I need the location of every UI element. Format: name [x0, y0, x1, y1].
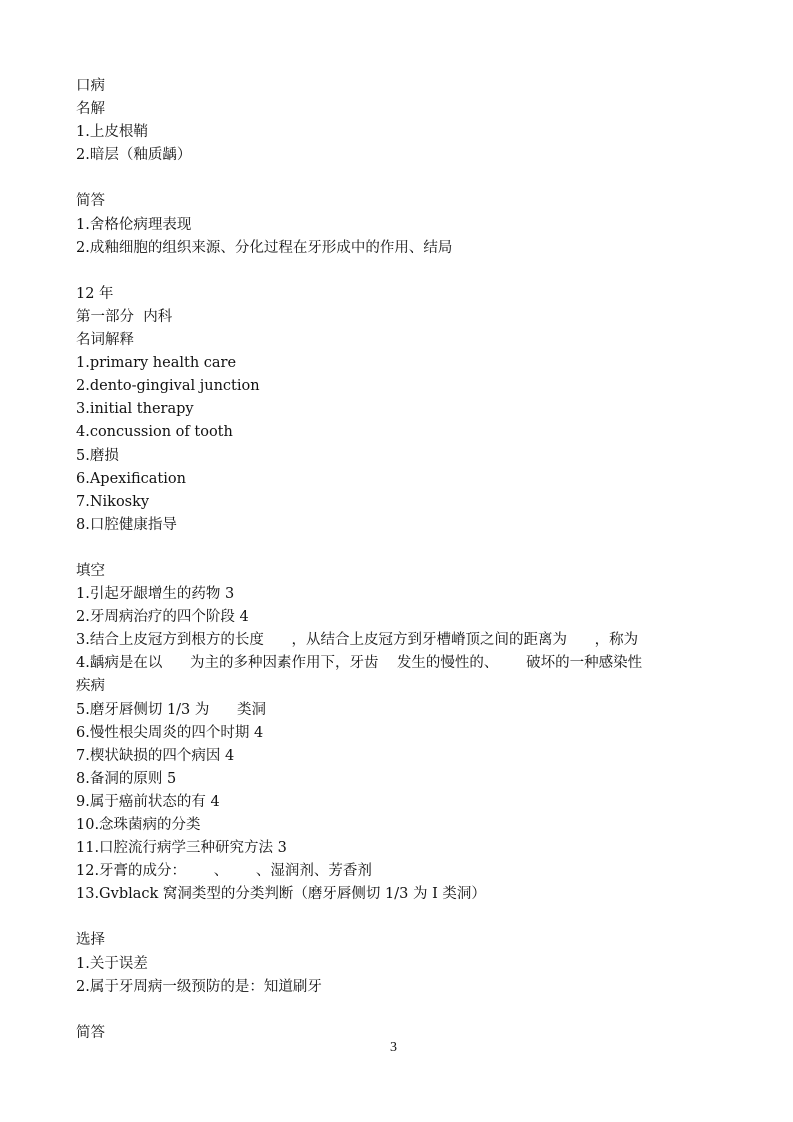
text-line: 2.属于牙周病一级预防的是：知道刷牙 — [76, 976, 726, 999]
text-line: 3.结合上皮冠方到根方的长度 ，从结合上皮冠方到牙槽嵴顶之间的距离为 ，称为 — [76, 629, 726, 652]
text-line: 名词解释 — [76, 329, 726, 352]
text-line: 6.Apexification — [76, 468, 726, 491]
text-line: 填空 — [76, 560, 726, 583]
document-body: 口病名解1.上皮根鞘2.暗层（釉质龋）简答1.舍格伦病理表现2.成釉细胞的组织来… — [76, 75, 726, 1045]
text-line: 7.Nikosky — [76, 491, 726, 514]
text-line: 12.牙膏的成分： 、 、湿润剂、芳香剂 — [76, 860, 726, 883]
blank-line — [76, 537, 726, 560]
text-line: 1.上皮根鞘 — [76, 121, 726, 144]
text-line: 2.成釉细胞的组织来源、分化过程在牙形成中的作用、结局 — [76, 237, 726, 260]
text-line: 9.属于癌前状态的有 4 — [76, 791, 726, 814]
text-line: 口病 — [76, 75, 726, 98]
text-line: 1.舍格伦病理表现 — [76, 214, 726, 237]
blank-line — [76, 167, 726, 190]
text-line: 8.备洞的原则 5 — [76, 768, 726, 791]
text-line: 名解 — [76, 98, 726, 121]
page-number: 3 — [390, 1040, 397, 1056]
text-line: 5.磨损 — [76, 445, 726, 468]
text-line: 6.慢性根尖周炎的四个时期 4 — [76, 722, 726, 745]
text-line: 7.楔状缺损的四个病因 4 — [76, 745, 726, 768]
text-line: 11.口腔流行病学三种研究方法 3 — [76, 837, 726, 860]
text-line: 1.引起牙龈增生的药物 3 — [76, 583, 726, 606]
text-line: 1.关于误差 — [76, 953, 726, 976]
text-line: 2.牙周病治疗的四个阶段 4 — [76, 606, 726, 629]
blank-line — [76, 906, 726, 929]
text-line: 4.concussion of tooth — [76, 421, 726, 444]
blank-line — [76, 999, 726, 1022]
text-line: 选择 — [76, 929, 726, 952]
text-line: 12 年 — [76, 283, 726, 306]
text-line: 4.龋病是在以 为主的多种因素作用下，牙齿 发生的慢性的、 破坏的一种感染性 — [76, 652, 726, 675]
text-line: 简答 — [76, 1022, 726, 1045]
document-page: 口病名解1.上皮根鞘2.暗层（釉质龋）简答1.舍格伦病理表现2.成釉细胞的组织来… — [0, 0, 793, 1122]
blank-line — [76, 260, 726, 283]
text-line: 2.暗层（釉质龋） — [76, 144, 726, 167]
text-line: 第一部分 内科 — [76, 306, 726, 329]
text-line: 简答 — [76, 190, 726, 213]
text-line: 13.Gvblack 窝洞类型的分类判断（磨牙唇侧切 1/3 为 I 类洞） — [76, 883, 726, 906]
text-line: 5.磨牙唇侧切 1/3 为 类洞 — [76, 699, 726, 722]
text-line: 10.念珠菌病的分类 — [76, 814, 726, 837]
text-line: 3.initial therapy — [76, 398, 726, 421]
text-line: 8.口腔健康指导 — [76, 514, 726, 537]
text-line: 1.primary health care — [76, 352, 726, 375]
text-line: 疾病 — [76, 675, 726, 698]
text-line: 2.dento-gingival junction — [76, 375, 726, 398]
